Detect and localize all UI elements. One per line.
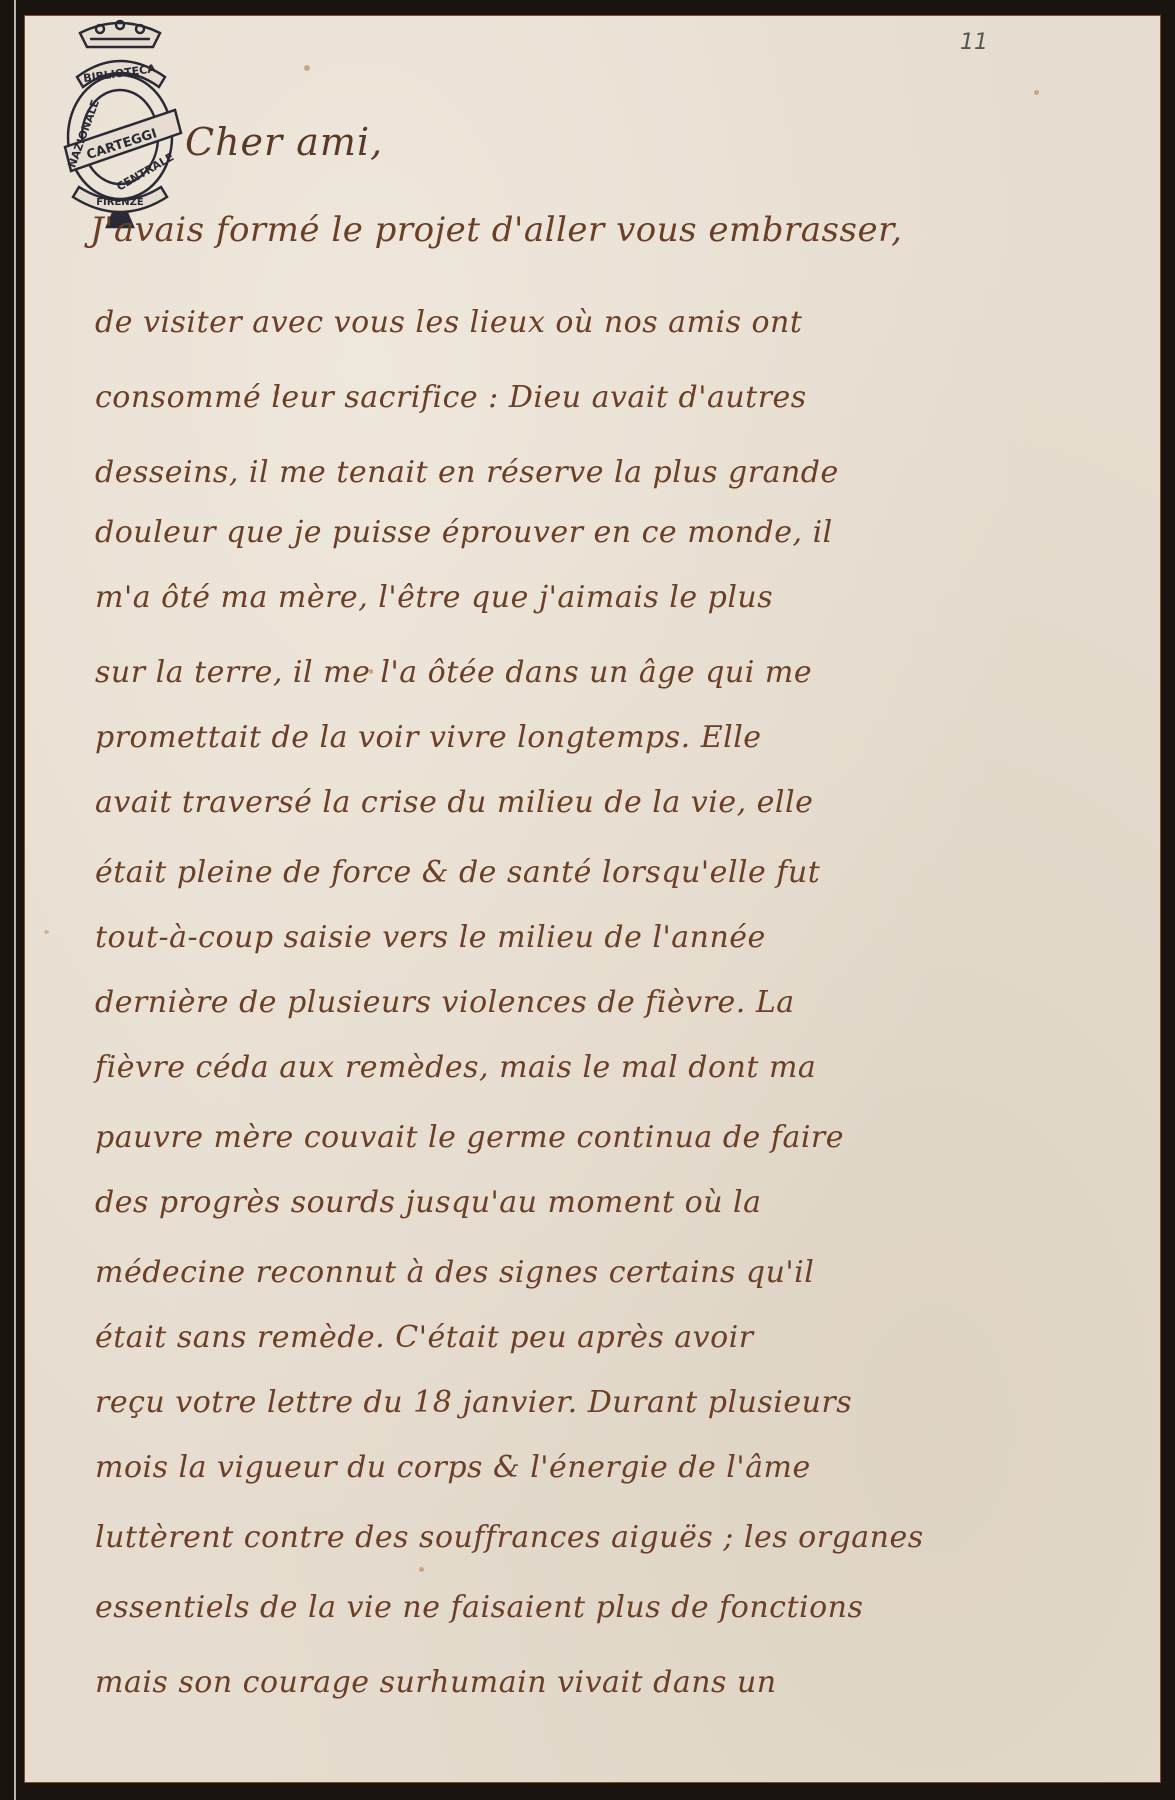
letter-line: était pleine de force & de santé lorsqu'…: [95, 855, 1095, 890]
letter-line: sur la terre, il me l'a ôtée dans un âge…: [95, 655, 1095, 690]
letter-line: pauvre mère couvait le germe continua de…: [95, 1120, 1095, 1155]
letter-line: des progrès sourds jusqu'au moment où la: [95, 1185, 1095, 1220]
letter-line: desseins, il me tenait en réserve la plu…: [95, 455, 1095, 490]
letter-body: J'avais formé le projet d'aller vous emb…: [0, 0, 1175, 1800]
letter-line: était sans remède. C'était peu après avo…: [95, 1320, 1095, 1355]
letter-line: m'a ôté ma mère, l'être que j'aimais le …: [95, 580, 1095, 615]
letter-line: douleur que je puisse éprouver en ce mon…: [95, 515, 1095, 550]
letter-line: fièvre céda aux remèdes, mais le mal don…: [95, 1050, 1095, 1085]
letter-line: mois la vigueur du corps & l'énergie de …: [95, 1450, 1095, 1485]
letter-line: J'avais formé le projet d'aller vous emb…: [90, 210, 1090, 250]
scan-frame: BIBLIOTECA NAZIONALE CARTEGGI CENTRALE F…: [0, 0, 1175, 1800]
letter-line: promettait de la voir vivre longtemps. E…: [95, 720, 1095, 755]
letter-line: médecine reconnut à des signes certains …: [95, 1255, 1095, 1290]
letter-line: mais son courage surhumain vivait dans u…: [95, 1665, 1095, 1700]
letter-line: dernière de plusieurs violences de fièvr…: [95, 985, 1095, 1020]
letter-line: essentiels de la vie ne faisaient plus d…: [95, 1590, 1095, 1625]
letter-line: luttèrent contre des souffrances aiguës …: [95, 1520, 1095, 1555]
letter-line: avait traversé la crise du milieu de la …: [95, 785, 1095, 820]
letter-line: de visiter avec vous les lieux où nos am…: [95, 305, 1095, 340]
letter-line: tout-à-coup saisie vers le milieu de l'a…: [95, 920, 1095, 955]
letter-line: consommé leur sacrifice : Dieu avait d'a…: [95, 380, 1095, 415]
letter-line: reçu votre lettre du 18 janvier. Durant …: [95, 1385, 1095, 1420]
